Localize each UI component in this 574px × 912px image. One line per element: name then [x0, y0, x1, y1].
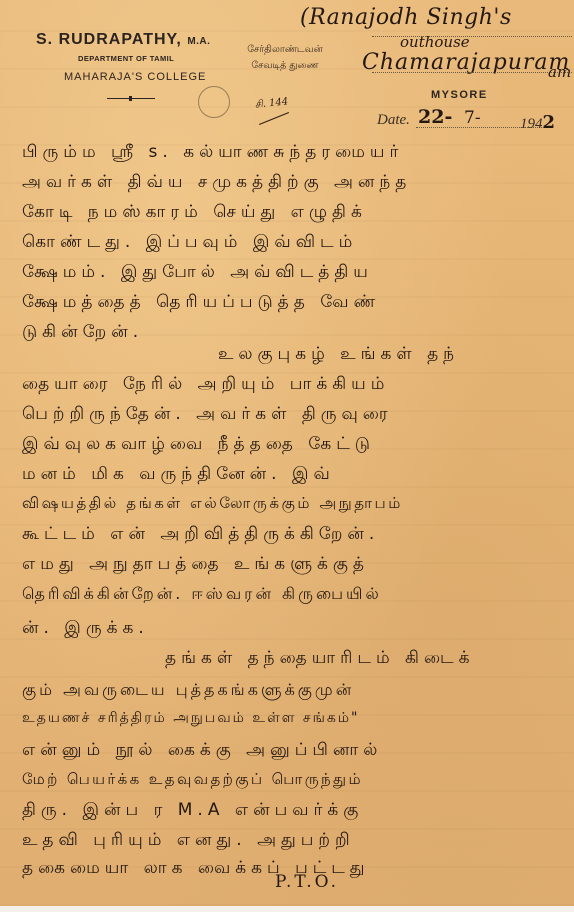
- letterhead-college: MAHARAJA'S COLLEGE: [64, 71, 206, 83]
- body-line: க்ஷேமம். இதுபோல் அவ்விடத்திய: [22, 262, 373, 284]
- reference-underline: [259, 112, 289, 125]
- body-line: உதயணச் சரித்திரம் அநுபவம் உள்ள சங்கம்": [22, 710, 360, 728]
- date-month: 7-: [464, 108, 481, 128]
- scan-edge: [0, 906, 574, 912]
- address-line-1: (Ranajodh Singh's: [300, 5, 512, 30]
- date-label-text: Date: [377, 112, 406, 128]
- address-line-4: am: [548, 63, 571, 81]
- letter-page: S. RUDRAPATHY, M.A. DEPARTMENT OF TAMIL …: [0, 0, 574, 906]
- body-line: கொண்டது. இப்பவும் இவ்விடம்: [22, 232, 357, 254]
- body-line: பிரும்ம ஸ்ரீ s. கல்யாணசுந்தரமையர்: [22, 142, 403, 164]
- body-line: பெற்றிருந்தேன். அவர்கள் திருவுரை: [22, 404, 393, 426]
- body-line: கும் அவருடைய புத்தகங்களுக்குமுன்: [22, 680, 354, 701]
- letterhead-divider: [107, 98, 155, 99]
- body-line: உதவி புரியும் எனது. அதுபற்றி: [22, 830, 355, 852]
- body-line: கூட்டம் என் அறிவித்திருக்கிறேன்.: [22, 524, 379, 546]
- tamil-motto: சேர்திலாண்டவன் சேவடித் துணை: [240, 42, 330, 74]
- body-line: தையாரை நேரில் அறியும் பாக்கியம்: [22, 374, 389, 396]
- motto-line-2: சேவடித் துணை: [240, 58, 330, 74]
- body-line: தெரிவிக்கின்றேன். ஈஸ்வரன் கிருபையில்: [22, 584, 382, 605]
- reference-number: சி. 144: [254, 96, 288, 111]
- date-year-printed: 194: [520, 116, 543, 132]
- body-line: என்னும் நூல் கைக்கு அனுப்பினால்: [22, 740, 382, 762]
- body-line: கோடி நமஸ்காரம் செய்து எழுதிக்: [22, 202, 367, 224]
- body-line: மேற் பெயர்க்க உதவுவதற்குப் பொருந்தும்: [22, 770, 363, 790]
- date-day: 22-: [418, 106, 452, 128]
- body-line: விஷயத்தில் தங்கள் எல்லோருக்கும் அநுதாபம்: [22, 494, 403, 514]
- body-line: திரு. இன்ப ர M.A என்பவர்க்கு: [22, 800, 363, 822]
- body-line: ன். இருக்க.: [22, 618, 149, 640]
- body-line: அவர்கள் திவ்ய சமுகத்திற்கு அனந்த: [22, 172, 411, 194]
- letterhead-name-text: S. RUDRAPATHY,: [36, 31, 182, 48]
- letterhead-department: DEPARTMENT OF TAMIL: [78, 54, 174, 63]
- body-line: மனம் மிக வருந்தினேன். இவ்: [22, 464, 335, 486]
- letterhead-degree: M.A.: [187, 36, 210, 47]
- page-turn-note: P.T.O.: [275, 872, 339, 892]
- address-line-2: outhouse: [400, 33, 470, 51]
- body-line: க்ஷேமத்தைத் தெரியப்படுத்த வேண்: [22, 292, 380, 314]
- body-line: எமது அநுதாபத்தை உங்களுக்குத்: [22, 554, 369, 576]
- letterhead-name: S. RUDRAPATHY, M.A.: [36, 31, 210, 49]
- letterhead-city: MYSORE: [431, 89, 488, 101]
- address-dotted-rule-2: [372, 72, 572, 73]
- date-year: 1942: [520, 112, 555, 133]
- faded-stamp-icon: [198, 86, 230, 118]
- body-line: உலகுபுகழ் உங்கள் தந்: [218, 344, 459, 366]
- body-line: இவ்வுலகவாழ்வை நீத்ததை கேட்டு: [22, 434, 375, 456]
- body-line: டுகின்றேன்.: [22, 322, 143, 344]
- motto-line-1: சேர்திலாண்டவன்: [240, 42, 330, 58]
- date-year-handwritten: 2: [543, 112, 556, 133]
- body-line: தங்கள் தந்தையாரிடம் கிடைக்: [165, 648, 474, 670]
- date-label: Date.: [377, 112, 410, 129]
